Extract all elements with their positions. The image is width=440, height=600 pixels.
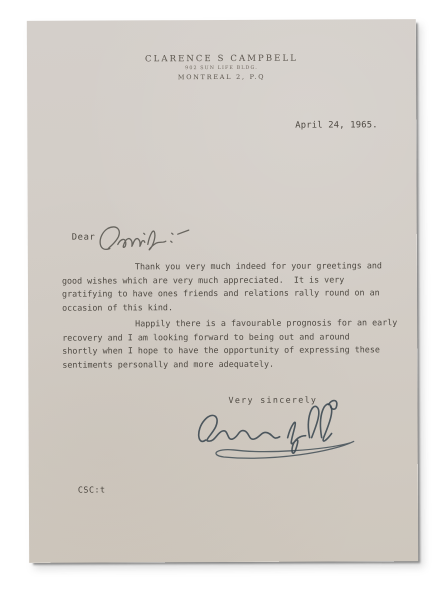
body-line: gratifying to have ones friends and rela… (62, 286, 382, 301)
letterhead-city: MONTREAL 2, P.Q (27, 72, 416, 82)
date-line: April 24, 1965. (295, 120, 377, 130)
body-line: Thank you very much indeed for your gree… (62, 259, 382, 274)
body-line: shortly when I hope to have the opportun… (62, 343, 397, 358)
body-paragraph-2: Happily there is a favourable prognosis … (62, 316, 397, 372)
body-paragraph-1: Thank you very much indeed for your gree… (62, 259, 382, 315)
letterhead-address: 902 SUN LIFE BLDG. (27, 65, 416, 72)
body-line: recovery and I am looking forward to bei… (62, 330, 397, 345)
letterhead: CLARENCE S CAMPBELL 902 SUN LIFE BLDG. M… (27, 19, 416, 21)
body-line: Happily there is a favourable prognosis … (62, 316, 397, 331)
letterhead-name: CLARENCE S CAMPBELL (27, 53, 416, 65)
body-line: occasion of this kind. (62, 300, 382, 315)
scan-background: CLARENCE S CAMPBELL 902 SUN LIFE BLDG. M… (0, 0, 440, 600)
handwritten-recipient-name (90, 220, 195, 258)
typist-initials: CSC:t (78, 485, 106, 495)
signature-handwriting (193, 397, 375, 470)
letter-paper: CLARENCE S CAMPBELL 902 SUN LIFE BLDG. M… (27, 19, 418, 563)
body-line: sentiments personally and more adequatel… (62, 357, 397, 372)
body-line: good wishes which are very much apprecia… (62, 273, 382, 288)
